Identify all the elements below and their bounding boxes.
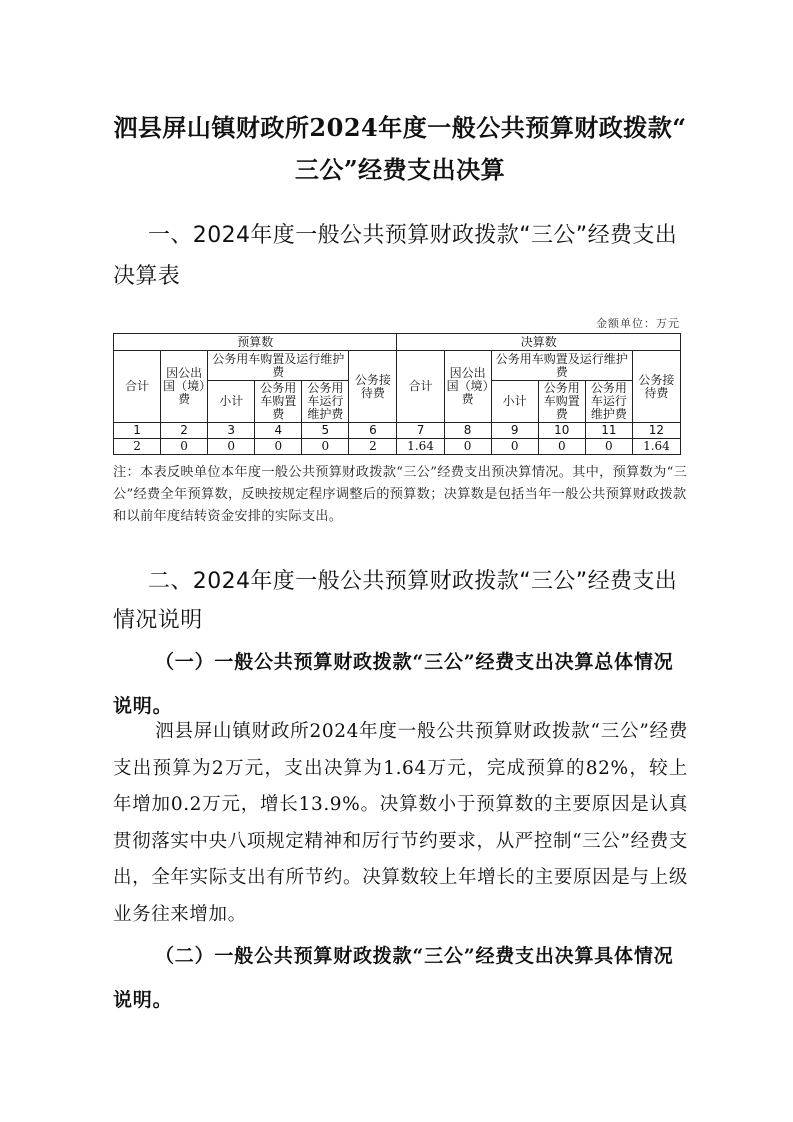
- value-cell: 1.64: [397, 439, 444, 455]
- three-public-expenses-table: 预算数 决算数 合计 因公出国（境）费 公务用车购置及运行维护费 公务接待费 合…: [113, 333, 681, 455]
- value-cell: 0: [538, 439, 585, 455]
- value-cell: 0: [161, 439, 208, 455]
- subsection2-heading: （二）一般公共预算财政拨款“三公”经费支出决算具体情况说明。: [113, 934, 688, 1022]
- budget-subtotal-header: 小计: [208, 381, 255, 423]
- value-cell: 2: [349, 439, 397, 455]
- value-cell: 0: [585, 439, 632, 455]
- budget-reception-header: 公务接待费: [349, 351, 397, 423]
- section2-heading: 二、2024年度一般公共预算财政拨款“三公”经费支出: [148, 571, 677, 593]
- section1-heading: 一、2024年度一般公共预算财政拨款“三公”经费支出: [148, 225, 677, 247]
- index-cell: 8: [444, 423, 491, 439]
- index-cell: 10: [538, 423, 585, 439]
- final-abroad-header: 因公出国（境）费: [444, 351, 491, 423]
- index-cell: 3: [208, 423, 255, 439]
- table-note: 注：本表反映单位本年度一般公共预算财政拨款“三公”经费支出预决算情况。其中，预算…: [113, 462, 688, 528]
- document-title-line1: 泗县屏山镇财政所2024年度一般公共预算财政拨款“: [100, 116, 700, 140]
- index-cell: 5: [302, 423, 349, 439]
- final-subtotal-header: 小计: [491, 381, 538, 423]
- section1-heading-cont: 决算表: [113, 266, 180, 288]
- value-cell: 1.64: [632, 439, 680, 455]
- overall-explanation-text: 泗县屏山镇财政所2024年度一般公共预算财政拨款“三公”经费支出预算为2万元，支…: [113, 721, 688, 925]
- budget-vehicle-operation-header: 公务用车运行维护费: [302, 381, 349, 423]
- document-title-line2: 三公”经费支出决算: [100, 158, 700, 182]
- value-cell: 2: [114, 439, 161, 455]
- budget-group-header: 预算数: [114, 334, 397, 351]
- unit-label: 金额单位：万元: [596, 315, 680, 331]
- budget-total-header: 合计: [114, 351, 161, 423]
- value-cell: 0: [444, 439, 491, 455]
- final-group-header: 决算数: [397, 334, 681, 351]
- index-cell: 11: [585, 423, 632, 439]
- table-index-row: 1 2 3 4 5 6 7 8 9 10 11 12: [114, 423, 681, 439]
- index-cell: 7: [397, 423, 444, 439]
- final-vehicle-purchase-header: 公务用车购置费: [538, 381, 585, 423]
- budget-vehicle-purchase-header: 公务用车购置费: [255, 381, 302, 423]
- budget-vehicle-group-header: 公务用车购置及运行维护费: [208, 351, 349, 381]
- value-cell: 0: [491, 439, 538, 455]
- final-vehicle-operation-header: 公务用车运行维护费: [585, 381, 632, 423]
- table-value-row: 2 0 0 0 0 2 1.64 0 0 0 0 1.64: [114, 439, 681, 455]
- index-cell: 12: [632, 423, 680, 439]
- final-vehicle-group-header: 公务用车购置及运行维护费: [491, 351, 632, 381]
- subsection2-text: （二）一般公共预算财政拨款“三公”经费支出决算具体情况说明。: [113, 945, 673, 1011]
- final-reception-header: 公务接待费: [632, 351, 680, 423]
- index-cell: 2: [161, 423, 208, 439]
- subsection1-text: （一）一般公共预算财政拨款“三公”经费支出决算总体情况说明。: [113, 651, 673, 717]
- index-cell: 1: [114, 423, 161, 439]
- value-cell: 0: [302, 439, 349, 455]
- overall-explanation-paragraph: 泗县屏山镇财政所2024年度一般公共预算财政拨款“三公”经费支出预算为2万元，支…: [113, 714, 688, 933]
- index-cell: 9: [491, 423, 538, 439]
- index-cell: 6: [349, 423, 397, 439]
- final-total-header: 合计: [397, 351, 444, 423]
- value-cell: 0: [255, 439, 302, 455]
- budget-abroad-header: 因公出国（境）费: [161, 351, 208, 423]
- index-cell: 4: [255, 423, 302, 439]
- value-cell: 0: [208, 439, 255, 455]
- section2-heading-cont: 情况说明: [113, 610, 203, 632]
